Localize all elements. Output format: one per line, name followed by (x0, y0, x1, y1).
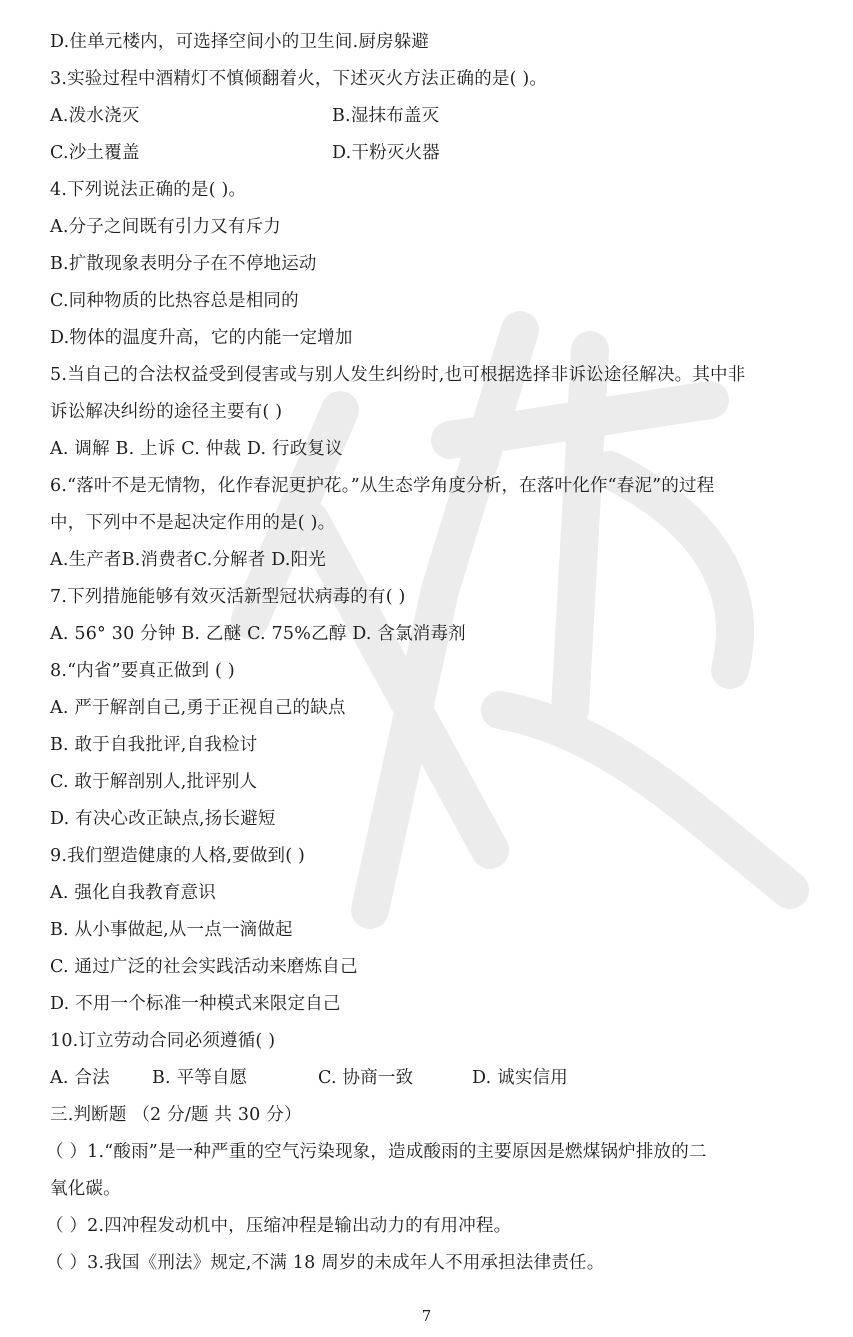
q9-stem: 9.我们塑造健康的人格,要做到( ) (50, 844, 305, 868)
q9-option-a: A. 强化自我教育意识 (50, 881, 216, 905)
q5-options: A. 调解 B. 上诉 C. 仲裁 D. 行政复议 (50, 437, 343, 461)
q8-option-a: A. 严于解剖自己,勇于正视自己的缺点 (50, 696, 346, 720)
q6-stem-line2: 中，下列中不是起决定作用的是( )。 (50, 511, 335, 535)
q7-stem: 7.下列措施能够有效灭活新型冠状病毒的有( ) (50, 585, 406, 609)
q3-option-b: B.湿抹布盖灭 (332, 104, 439, 128)
q10-option-d: D. 诚实信用 (472, 1066, 568, 1090)
q8-option-c: C. 敢于解剖别人,批评别人 (50, 770, 257, 794)
q3-option-a: A.泼水浇灭 (50, 104, 139, 128)
tf1-line1: （ ）1.“酸雨”是一种严重的空气污染现象，造成酸雨的主要原因是燃煤锅炉排放的二 (46, 1140, 707, 1164)
q9-option-c: C. 通过广泛的社会实践活动来磨炼自己 (50, 955, 358, 979)
q4-stem: 4.下列说法正确的是( )。 (50, 178, 246, 202)
section3-title: 三.判断题 （2 分/题 共 30 分） (50, 1103, 302, 1127)
q8-option-d: D. 有决心改正缺点,扬长避短 (50, 807, 276, 831)
tf3: （ ）3.我国《刑法》规定,不满 18 周岁的未成年人不用承担法律责任。 (46, 1251, 604, 1275)
q8-stem: 8.“内省”要真正做到 ( ) (50, 659, 235, 683)
q3-option-c: C.沙土覆盖 (50, 141, 140, 165)
q5-stem-line1: 5.当自己的合法权益受到侵害或与别人发生纠纷时,也可根据选择非诉讼途径解决。其中… (50, 363, 745, 387)
q4-option-d: D.物体的温度升高，它的内能一定增加 (50, 326, 353, 350)
q3-options-row2: C.沙土覆盖 D.干粉灭火器 (50, 141, 140, 165)
q10-option-a: A. 合法 (50, 1066, 110, 1090)
q10-option-b: B. 平等自愿 (152, 1066, 247, 1090)
q8-option-b: B. 敢于自我批评,自我检讨 (50, 733, 257, 757)
q6-options: A.生产者B.消费者C.分解者 D.阳光 (50, 548, 326, 572)
q7-options: A. 56° 30 分钟 B. 乙醚 C. 75%乙醇 D. 含氯消毒剂 (50, 622, 466, 646)
q9-option-d: D. 不用一个标准一种模式来限定自己 (50, 992, 341, 1016)
tf1-line2: 氧化碳。 (50, 1177, 121, 1201)
q5-stem-line2: 诉讼解决纠纷的途径主要有( ) (50, 400, 282, 424)
q3-stem: 3.实验过程中酒精灯不慎倾翻着火，下述灭火方法正确的是( )。 (50, 67, 547, 91)
q4-option-c: C.同种物质的比热容总是相同的 (50, 289, 299, 313)
q9-option-b: B. 从小事做起,从一点一滴做起 (50, 918, 293, 942)
page-number: 7 (0, 1307, 853, 1325)
q3-options-row1: A.泼水浇灭 B.湿抹布盖灭 (50, 104, 139, 128)
q4-option-a: A.分子之间既有引力又有斥力 (50, 215, 281, 239)
q2-option-d: D.住单元楼内，可选择空间小的卫生间.厨房躲避 (50, 30, 429, 54)
tf2: （ ）2.四冲程发动机中，压缩冲程是输出动力的有用冲程。 (46, 1214, 511, 1238)
q3-option-d: D.干粉灭火器 (332, 141, 440, 165)
q10-option-c: C. 协商一致 (318, 1066, 413, 1090)
q4-option-b: B.扩散现象表明分子在不停地运动 (50, 252, 317, 276)
q6-stem-line1: 6.“落叶不是无情物，化作春泥更护花。”从生态学角度分析，在落叶化作“春泥”的过… (50, 474, 714, 498)
q10-stem: 10.订立劳动合同必须遵循( ) (50, 1029, 275, 1053)
